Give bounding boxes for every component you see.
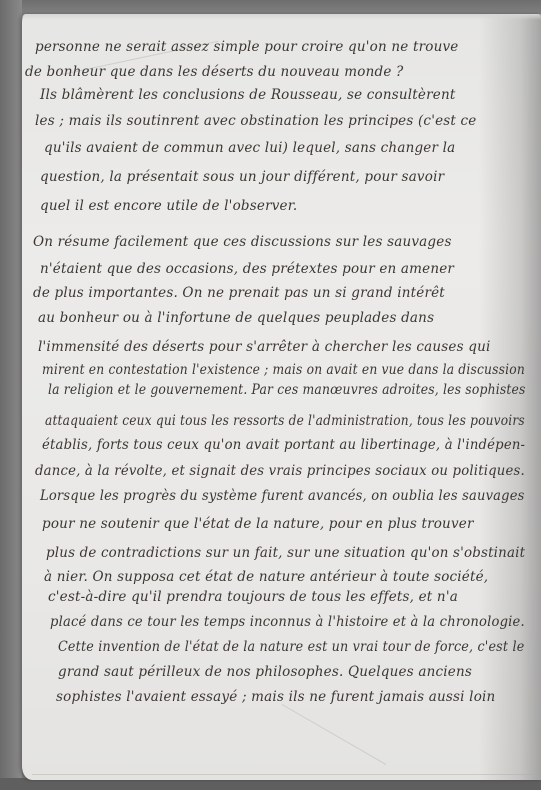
page-fold-line bbox=[32, 774, 532, 775]
manuscript-line: Ils blâmèrent les conclusions de Roussea… bbox=[40, 87, 455, 103]
manuscript-line: Cette invention de l'état de la nature e… bbox=[58, 639, 524, 655]
manuscript-line: On résume facilement que ces discussions… bbox=[33, 234, 452, 250]
manuscript-line: mirent en contestation l'existence ; mai… bbox=[42, 362, 525, 378]
manuscript-line: établis, forts tous ceux qu'on avait por… bbox=[42, 437, 525, 453]
manuscript-line: l'immensité des déserts pour s'arrêter à… bbox=[38, 339, 490, 355]
manuscript-line: à nier. On supposa cet état de nature an… bbox=[44, 569, 488, 585]
manuscript-line: la religion et le gouvernement. Par ces … bbox=[48, 382, 526, 398]
manuscript-line: attaquaient ceux qui tous les ressorts d… bbox=[45, 413, 525, 429]
manuscript-line: plus de contradictions sur un fait, sur … bbox=[46, 545, 525, 561]
manuscript-line: de plus importantes. On ne prenait pas u… bbox=[33, 285, 445, 301]
manuscript-line: quel il est encore utile de l'observer. bbox=[40, 198, 297, 214]
manuscript-line: question, la présentait sous un jour dif… bbox=[40, 169, 444, 185]
manuscript-line: grand saut périlleux de nos philosophes.… bbox=[58, 664, 472, 680]
manuscript-line: dance, à la révolte, et signait des vrai… bbox=[35, 463, 525, 479]
manuscript-page: personne ne serait assez simple pour cro… bbox=[22, 14, 541, 780]
manuscript-line: personne ne serait assez simple pour cro… bbox=[35, 39, 458, 55]
manuscript-line: qu'ils avaient de commun avec lui) leque… bbox=[44, 140, 455, 156]
manuscript-line: de bonheur que dans les déserts du nouve… bbox=[25, 64, 403, 80]
manuscript-line: Lorsque les progrès du système furent av… bbox=[40, 488, 525, 504]
manuscript-line: n'étaient que des occasions, des prétext… bbox=[40, 261, 454, 277]
manuscript-line: les ; mais ils soutinrent avec obstinati… bbox=[35, 113, 477, 129]
paper-crease bbox=[282, 704, 386, 765]
manuscript-line: pour ne soutenir que l'état de la nature… bbox=[42, 516, 474, 532]
manuscript-line: sophistes l'avaient essayé ; mais ils ne… bbox=[56, 689, 495, 705]
manuscript-line: placé dans ce tour les temps inconnus à … bbox=[50, 614, 525, 630]
manuscript-line: c'est-à-dire qu'il prendra toujours de t… bbox=[48, 589, 458, 605]
manuscript-line: au bonheur ou à l'infortune de quelques … bbox=[38, 310, 434, 326]
scan-backdrop-left bbox=[0, 0, 22, 790]
